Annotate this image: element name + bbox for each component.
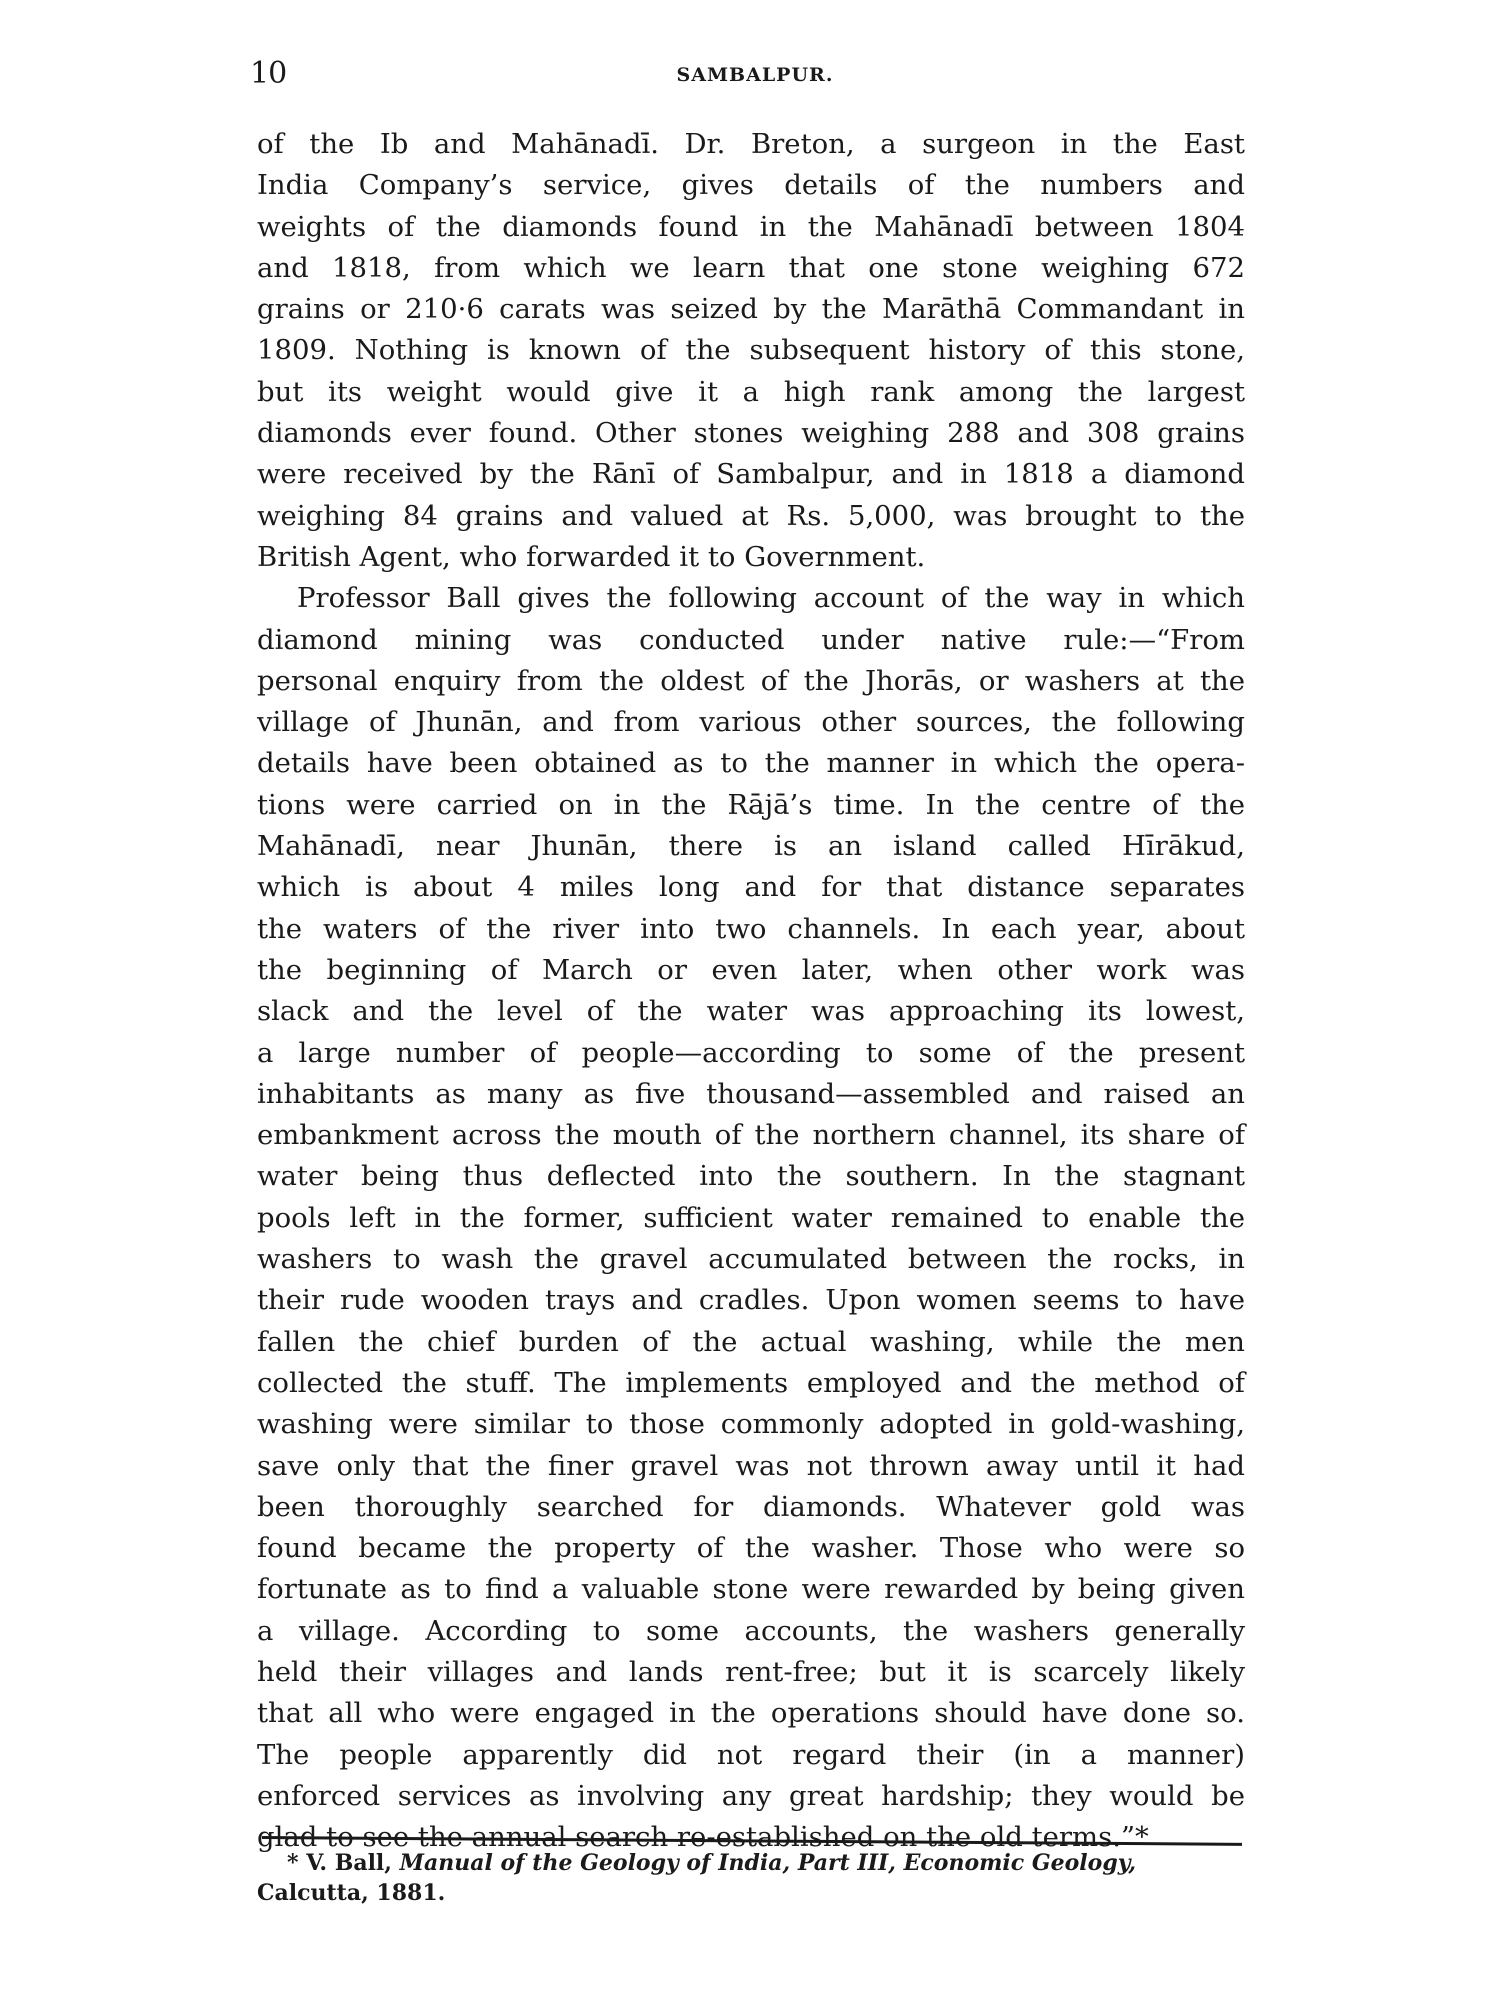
footnote: * V. Ball, Manual of the Geology of Indi…	[257, 1848, 1237, 1908]
text-line: personal enquiry from the oldest of the …	[257, 661, 1245, 702]
text-line: tions were carried on in the Rājā’s time…	[257, 785, 1245, 826]
text-line: washers to wash the gravel accumulated b…	[257, 1239, 1245, 1280]
text-line: water being thus deflected into the sout…	[257, 1156, 1245, 1197]
text-line: but its weight would give it a high rank…	[257, 372, 1245, 413]
text-line: fallen the chief burden of the actual wa…	[257, 1322, 1245, 1363]
text-line: weights of the diamonds found in the Mah…	[257, 207, 1245, 248]
footnote-marker: *	[287, 1850, 299, 1876]
text-line: Mahānadī, near Jhunān, there is an islan…	[257, 826, 1245, 867]
text-line: India Company’s service, gives details o…	[257, 165, 1245, 206]
text-line: inhabitants as many as five thousand—ass…	[257, 1074, 1245, 1115]
text-line: held their villages and lands rent-free;…	[257, 1652, 1245, 1693]
text-line: the waters of the river into two channel…	[257, 909, 1245, 950]
text-line: found became the property of the washer.…	[257, 1528, 1245, 1569]
text-line: a village. According to some accounts, t…	[257, 1611, 1245, 1652]
book-page: 10 SAMBALPUR. of the Ib and Mahānadī. Dr…	[0, 0, 1500, 2000]
paragraph-start-line: Professor Ball gives the following accou…	[257, 578, 1245, 619]
text-line: which is about 4 miles long and for that…	[257, 867, 1245, 908]
text-line: a large number of people—according to so…	[257, 1033, 1245, 1074]
text-line: pools left in the former, sufficient wat…	[257, 1198, 1245, 1239]
paragraph-end-line: British Agent, who forwarded it to Gover…	[257, 537, 1245, 578]
text-line: been thoroughly searched for diamonds. W…	[257, 1487, 1245, 1528]
text-line: washing were similar to those commonly a…	[257, 1404, 1245, 1445]
text-line: 1809. Nothing is known of the subsequent…	[257, 330, 1245, 371]
text-line: weighing 84 grains and valued at Rs. 5,0…	[257, 496, 1245, 537]
text-line: diamonds ever found. Other stones weighi…	[257, 413, 1245, 454]
footnote-imprint: Calcutta, 1881.	[257, 1878, 1237, 1908]
body-text: of the Ib and Mahānadī. Dr. Breton, a su…	[257, 124, 1245, 1858]
text-line: enforced services as involving any great…	[257, 1776, 1245, 1817]
page-header: 10 SAMBALPUR.	[250, 56, 1260, 96]
text-line: collected the stuff. The implements empl…	[257, 1363, 1245, 1404]
text-line: the beginning of March or even later, wh…	[257, 950, 1245, 991]
footnote-line: * V. Ball, Manual of the Geology of Indi…	[257, 1848, 1237, 1878]
text-line: grains or 210·6 carats was seized by the…	[257, 289, 1245, 330]
footnote-author: V. Ball,	[306, 1850, 392, 1876]
text-line: and 1818, from which we learn that one s…	[257, 248, 1245, 289]
text-line: save only that the finer gravel was not …	[257, 1446, 1245, 1487]
text-line: their rude wooden trays and cradles. Upo…	[257, 1280, 1245, 1321]
text-line: embankment across the mouth of the north…	[257, 1115, 1245, 1156]
footnote-title: Manual of the Geology of India, Part III…	[400, 1850, 1136, 1876]
text-line: The people apparently did not regard the…	[257, 1735, 1245, 1776]
running-title: SAMBALPUR.	[250, 64, 1260, 86]
text-line: details have been obtained as to the man…	[257, 743, 1245, 784]
text-line: slack and the level of the water was app…	[257, 991, 1245, 1032]
text-line: were received by the Rānī of Sambalpur, …	[257, 454, 1245, 495]
text-line: diamond mining was conducted under nativ…	[257, 620, 1245, 661]
text-line: of the Ib and Mahānadī. Dr. Breton, a su…	[257, 124, 1245, 165]
text-line: that all who were engaged in the operati…	[257, 1693, 1245, 1734]
text-line: village of Jhunān, and from various othe…	[257, 702, 1245, 743]
text-line: fortunate as to find a valuable stone we…	[257, 1569, 1245, 1610]
